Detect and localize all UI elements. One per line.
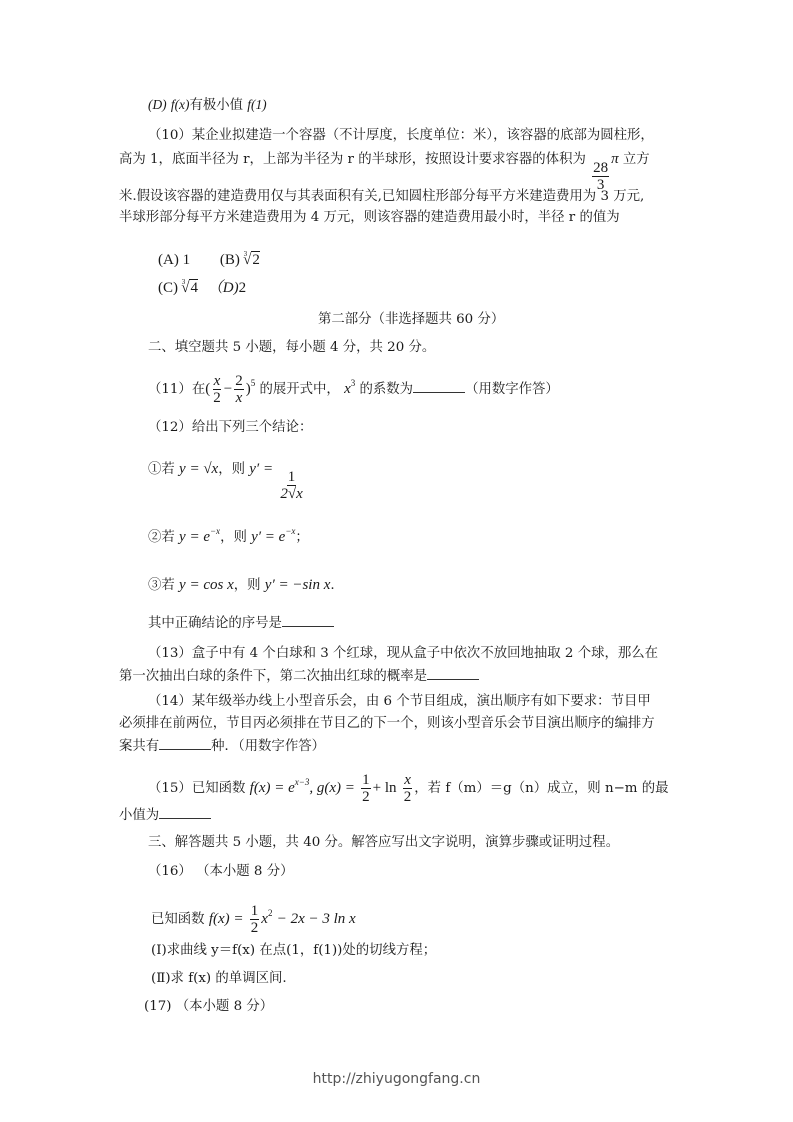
q14-line-2: 必须排在前两位，节目丙必须排在节目乙的下一个，则该小型音乐会节目演出顺序的编排方 — [119, 715, 655, 733]
q10-options-row-2: (C) 3√4 （D)2 — [158, 273, 246, 297]
option-c: (C) 3√4 — [158, 280, 202, 296]
q13-line-2: 第一次抽出白球的条件下，第二次抽出红球的概率是 — [119, 667, 479, 686]
q16-given: 已知函数 f(x) = 12x2 − 2x − 3 ln x — [151, 903, 356, 936]
q10-line-2: 高为 1，底面半径为 r，上部为半径为 r 的半球形，按照设计要求容器的体积为 … — [119, 150, 650, 193]
radical-icon: √ — [243, 252, 251, 268]
q14-line-3: 案共有种．（用数字作答） — [119, 737, 325, 756]
option-d: （D)2 — [208, 280, 246, 296]
q12-intro: （12）给出下列三个结论： — [148, 419, 312, 437]
q16-part-1: (Ⅰ)求曲线 y＝f(x) 在点(1，f(1))处的切线方程； — [151, 942, 436, 960]
answer-blank[interactable] — [413, 380, 465, 393]
option-a: (A) 1 — [158, 252, 194, 268]
q10-line-3: 米.假设该容器的建造费用仅与其表面积有关,已知圆柱形部分每平方米建造费用为 3 … — [119, 188, 644, 206]
answer-blank[interactable] — [282, 614, 334, 627]
answer-blank[interactable] — [427, 667, 479, 680]
q12-question: 其中正确结论的序号是 — [148, 614, 334, 633]
q9-option-d: (D) f(x)有极小值 f(1) — [148, 96, 267, 115]
part2-title: 第二部分（非选择题共 60 分） — [318, 311, 504, 329]
q15-line-2: 小值为 — [119, 806, 211, 825]
q15-line-1: （15）已知函数 f(x) = ex−3, g(x) = 12+ ln x2，若… — [148, 772, 669, 805]
section3-heading: 三、解答题共 5 小题，共 40 分。解答应写出文字说明，演算步骤或证明过程。 — [148, 834, 619, 852]
question-number: （10） — [148, 128, 192, 143]
footer-url: http://zhiyugongfang.cn — [0, 1071, 793, 1087]
answer-blank[interactable] — [159, 737, 211, 750]
q10-line-4: 半球形部分每平方米建造费用为 4 万元，则该容器的建造费用最小时，半径 r 的值… — [119, 209, 620, 227]
q13-line-1: （13）盒子中有 4 个白球和 3 个红球，现从盒子中依次不放回地抽取 2 个球… — [148, 645, 658, 663]
q10-options-row-1: (A) 1 (B) 3√2 — [158, 245, 260, 269]
answer-blank[interactable] — [159, 806, 211, 819]
q11: （11）在(x2−2x)5 的展开式中， x3 的系数为（用数字作答） — [148, 373, 559, 406]
q12-item-2: ②若 y = e−x，则 y′ = e−x； — [148, 528, 309, 547]
option-label: (D) — [148, 97, 167, 112]
q12-item-3: ③若 y = cos x，则 y′ = −sin x. — [148, 576, 335, 595]
q16-header: （16） （本小题 8 分） — [148, 863, 293, 881]
section2-heading: 二、填空题共 5 小题，每小题 4 分，共 20 分。 — [148, 339, 435, 357]
option-b: (B) 3√2 — [220, 252, 260, 268]
q17-header: (17) （本小题 8 分） — [144, 998, 273, 1016]
q10-line-1: （10）某企业拟建造一个容器（不计厚度，长度单位：米），该容器的底部为圆柱形， — [148, 127, 654, 145]
q12-item-1: ①若 y = √x，则 y′ = 12√x — [148, 460, 306, 502]
q14-line-1: （14）某年级举办线上小型音乐会，由 6 个节目组成，演出顺序有如下要求：节目甲 — [148, 693, 651, 711]
radical-icon: √ — [181, 280, 189, 296]
q16-part-2: (Ⅱ)求 f(x) 的单调区间. — [151, 970, 287, 988]
